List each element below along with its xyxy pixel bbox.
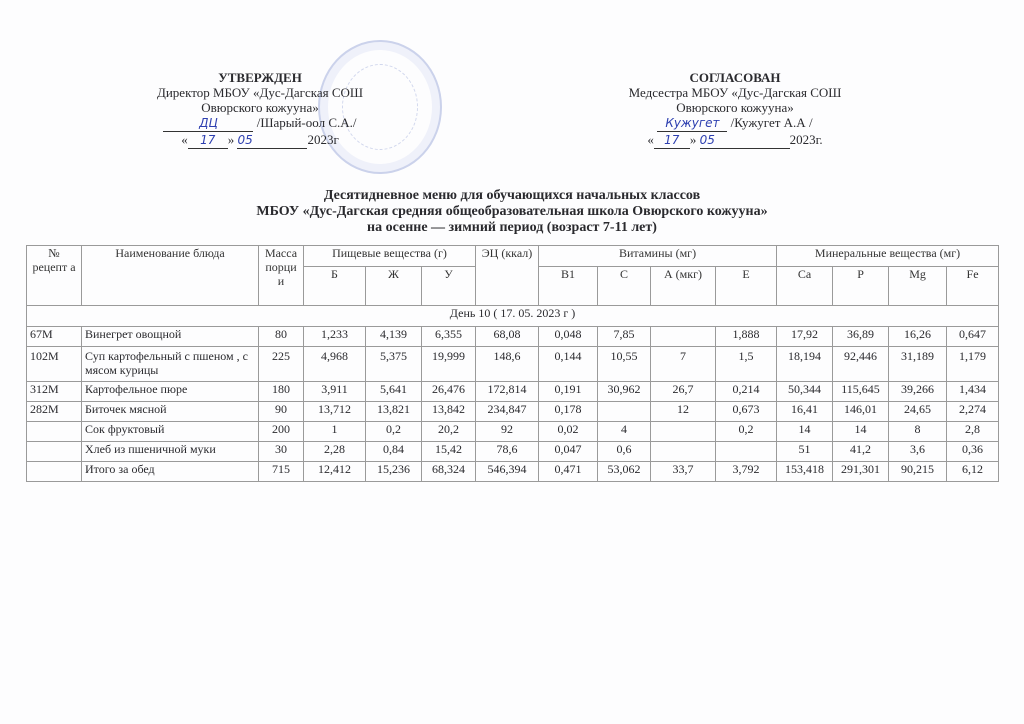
header-protein: Б [304, 267, 366, 306]
cell-zh: 5,375 [366, 347, 422, 382]
cell-c: 53,062 [598, 462, 651, 482]
cell-b1: 0,178 [539, 402, 598, 422]
cell-a: 33,7 [651, 462, 716, 482]
cell-mass: 30 [259, 442, 304, 462]
cell-zh: 13,821 [366, 402, 422, 422]
table-row: 312МКартофельное пюре1803,9115,64126,476… [27, 382, 999, 402]
agreed-signatory: Кужугет А.А [734, 115, 805, 130]
table-row: 102МСуп картофельный с пшеном , с мясом … [27, 347, 999, 382]
cell-b1: 0,144 [539, 347, 598, 382]
approval-block-nurse: СОГЛАСОВАН Медсестра МБОУ «Дус-Дагская С… [600, 70, 870, 149]
cell-u: 6,355 [422, 327, 476, 347]
cell-u: 20,2 [422, 422, 476, 442]
cell-p: 41,2 [833, 442, 889, 462]
cell-b1: 0,02 [539, 422, 598, 442]
cell-a [651, 442, 716, 462]
cell-ca: 17,92 [777, 327, 833, 347]
cell-a: 26,7 [651, 382, 716, 402]
cell-b: 1 [304, 422, 366, 442]
cell-c: 4 [598, 422, 651, 442]
day-label: День 10 ( 17. 05. 2023 г ) [27, 306, 999, 327]
cell-b: 1,233 [304, 327, 366, 347]
cell-c: 10,55 [598, 347, 651, 382]
cell-b1: 0,191 [539, 382, 598, 402]
agreed-signature-line: Кужугет /Кужугет А.А / [600, 115, 870, 132]
cell-ca: 14 [777, 422, 833, 442]
header-a: А (мкг) [651, 267, 716, 306]
cell-b1: 0,471 [539, 462, 598, 482]
cell-dish: Итого за обед [82, 462, 259, 482]
approved-signatory: Шарый-оол С.А. [260, 115, 353, 130]
cell-kcal: 92 [476, 422, 539, 442]
approved-signature-line: ДЦ /Шарый-оол С.А./ [130, 115, 390, 132]
header-b1: B1 [539, 267, 598, 306]
cell-b: 4,968 [304, 347, 366, 382]
header-mass: Масса порци и [259, 246, 304, 306]
cell-kcal: 234,847 [476, 402, 539, 422]
header-vitamins: Витамины (мг) [539, 246, 777, 267]
agreed-date: «17» 052023г. [600, 132, 870, 149]
cell-kcal: 78,6 [476, 442, 539, 462]
cell-a: 7 [651, 347, 716, 382]
cell-dish: Биточек мясной [82, 402, 259, 422]
cell-b: 3,911 [304, 382, 366, 402]
cell-mg: 8 [889, 422, 947, 442]
cell-b1: 0,047 [539, 442, 598, 462]
cell-fe: 0,647 [947, 327, 999, 347]
cell-ca: 51 [777, 442, 833, 462]
cell-b: 13,712 [304, 402, 366, 422]
cell-zh: 4,139 [366, 327, 422, 347]
header-recipe: № рецепт а [27, 246, 82, 306]
table-row: 282МБиточек мясной9013,71213,82113,84223… [27, 402, 999, 422]
menu-table: № рецепт а Наименование блюда Масса порц… [26, 245, 999, 482]
cell-c: 0,6 [598, 442, 651, 462]
header-minerals: Минеральные вещества (мг) [777, 246, 999, 267]
cell-ca: 18,194 [777, 347, 833, 382]
header-mg: Mg [889, 267, 947, 306]
title-line-1: Десятидневное меню для обучающихся начал… [0, 188, 1024, 204]
cell-dish: Винегрет овощной [82, 327, 259, 347]
header-fe: Fe [947, 267, 999, 306]
cell-p: 92,446 [833, 347, 889, 382]
cell-dish: Суп картофельный с пшеном , с мясом кури… [82, 347, 259, 382]
cell-recipe: 282М [27, 402, 82, 422]
agreed-heading: СОГЛАСОВАН [600, 70, 870, 85]
cell-dish: Картофельное пюре [82, 382, 259, 402]
approved-heading: УТВЕРЖДЕН [130, 70, 390, 85]
cell-fe: 0,36 [947, 442, 999, 462]
cell-a: 12 [651, 402, 716, 422]
cell-recipe: 67М [27, 327, 82, 347]
cell-recipe [27, 422, 82, 442]
header-fat: Ж [366, 267, 422, 306]
cell-p: 36,89 [833, 327, 889, 347]
document-title: Десятидневное меню для обучающихся начал… [0, 188, 1024, 236]
cell-mg: 3,6 [889, 442, 947, 462]
cell-p: 291,301 [833, 462, 889, 482]
cell-kcal: 68,08 [476, 327, 539, 347]
cell-mass: 200 [259, 422, 304, 442]
cell-zh: 15,236 [366, 462, 422, 482]
cell-recipe [27, 442, 82, 462]
cell-u: 13,842 [422, 402, 476, 422]
cell-recipe: 312М [27, 382, 82, 402]
cell-c [598, 402, 651, 422]
header-c: C [598, 267, 651, 306]
cell-mg: 16,26 [889, 327, 947, 347]
cell-c: 30,962 [598, 382, 651, 402]
handwritten-signature: Кужугет [665, 116, 719, 130]
cell-e [716, 442, 777, 462]
cell-ca: 153,418 [777, 462, 833, 482]
cell-p: 115,645 [833, 382, 889, 402]
agreed-position: Медсестра МБОУ «Дус-Дагская СОШ [600, 85, 870, 100]
approved-date: «17» 052023г [130, 132, 390, 149]
cell-u: 26,476 [422, 382, 476, 402]
cell-fe: 1,434 [947, 382, 999, 402]
cell-kcal: 546,394 [476, 462, 539, 482]
cell-ca: 50,344 [777, 382, 833, 402]
cell-p: 146,01 [833, 402, 889, 422]
cell-recipe: 102М [27, 347, 82, 382]
cell-p: 14 [833, 422, 889, 442]
total-row: Итого за обед71512,41215,23668,324546,39… [27, 462, 999, 482]
cell-mg: 24,65 [889, 402, 947, 422]
cell-ca: 16,41 [777, 402, 833, 422]
header-e: E [716, 267, 777, 306]
approved-position: Директор МБОУ «Дус-Дагская СОШ [130, 85, 390, 100]
header-p: P [833, 267, 889, 306]
cell-e: 0,214 [716, 382, 777, 402]
cell-fe: 6,12 [947, 462, 999, 482]
title-line-2: МБОУ «Дус-Дагская средняя общеобразовате… [0, 204, 1024, 220]
cell-mg: 39,266 [889, 382, 947, 402]
cell-e: 3,792 [716, 462, 777, 482]
cell-fe: 2,8 [947, 422, 999, 442]
header-ca: Ca [777, 267, 833, 306]
cell-mass: 180 [259, 382, 304, 402]
cell-e: 0,2 [716, 422, 777, 442]
cell-mass: 90 [259, 402, 304, 422]
handwritten-signature: ДЦ [199, 116, 218, 130]
cell-mass: 225 [259, 347, 304, 382]
cell-u: 68,324 [422, 462, 476, 482]
table-row: Хлеб из пшеничной муки302,280,8415,4278,… [27, 442, 999, 462]
cell-mass: 715 [259, 462, 304, 482]
cell-fe: 1,179 [947, 347, 999, 382]
cell-dish: Хлеб из пшеничной муки [82, 442, 259, 462]
title-line-3: на осенне — зимний период (возраст 7-11 … [0, 220, 1024, 236]
header-energy: ЭЦ (ккал) [476, 246, 539, 306]
cell-fe: 2,274 [947, 402, 999, 422]
table-row: Сок фруктовый20010,220,2920,0240,2141482… [27, 422, 999, 442]
cell-zh: 5,641 [366, 382, 422, 402]
approved-district: Овюрского кожууна» [130, 100, 390, 115]
cell-b1: 0,048 [539, 327, 598, 347]
cell-b: 12,412 [304, 462, 366, 482]
cell-b: 2,28 [304, 442, 366, 462]
cell-mass: 80 [259, 327, 304, 347]
agreed-district: Овюрского кожууна» [600, 100, 870, 115]
cell-kcal: 148,6 [476, 347, 539, 382]
cell-e: 1,888 [716, 327, 777, 347]
cell-kcal: 172,814 [476, 382, 539, 402]
cell-dish: Сок фруктовый [82, 422, 259, 442]
cell-e: 0,673 [716, 402, 777, 422]
cell-a [651, 422, 716, 442]
cell-c: 7,85 [598, 327, 651, 347]
cell-zh: 0,2 [366, 422, 422, 442]
cell-u: 15,42 [422, 442, 476, 462]
approval-block-director: УТВЕРЖДЕН Директор МБОУ «Дус-Дагская СОШ… [130, 70, 390, 149]
cell-e: 1,5 [716, 347, 777, 382]
cell-u: 19,999 [422, 347, 476, 382]
cell-recipe [27, 462, 82, 482]
cell-mg: 31,189 [889, 347, 947, 382]
header-dish: Наименование блюда [82, 246, 259, 306]
cell-zh: 0,84 [366, 442, 422, 462]
cell-a [651, 327, 716, 347]
header-carbs: У [422, 267, 476, 306]
header-nutrients: Пищевые вещества (г) [304, 246, 476, 267]
table-row: 67МВинегрет овощной801,2334,1396,35568,0… [27, 327, 999, 347]
cell-mg: 90,215 [889, 462, 947, 482]
